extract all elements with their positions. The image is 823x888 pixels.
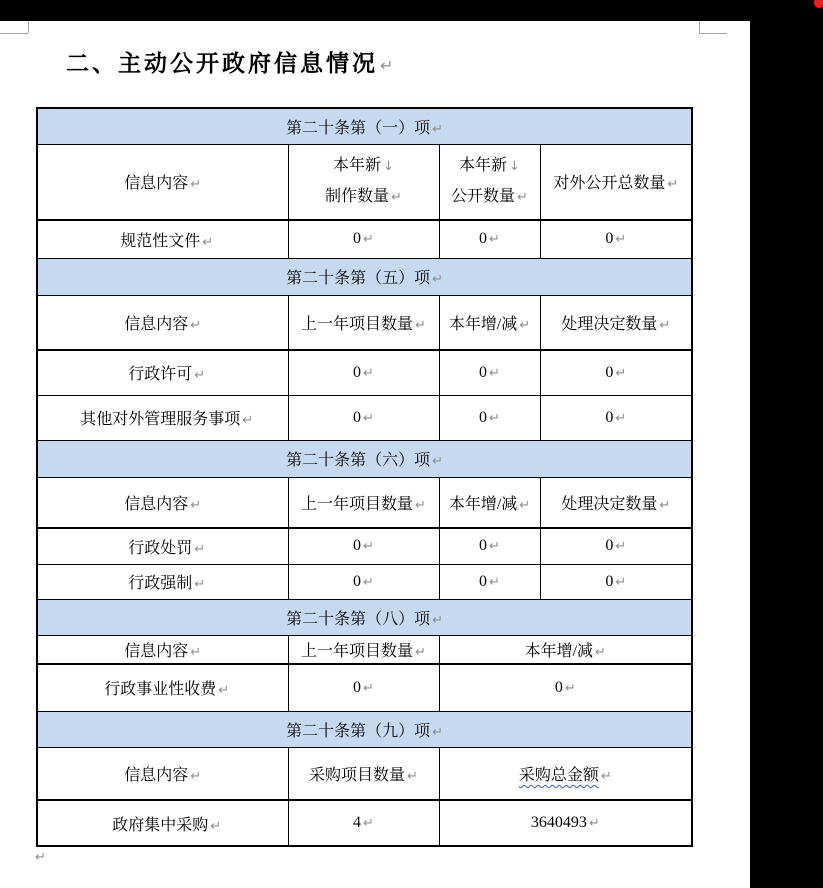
column-header: 本年增/减↵ (439, 295, 540, 350)
section-band: 第二十条第（五）项↵ (37, 258, 692, 295)
paragraph-mark: ↵ (519, 318, 530, 333)
row-label: 规范性文件↵ (37, 220, 288, 258)
section-band-text: 第二十条第（六）项 (286, 452, 430, 469)
header-row: 信息内容↵ 上一年项目数量↵ 本年增/减↵ 处理决定数量↵ (37, 477, 692, 528)
header-row: 信息内容↵ 本年新↓ 制作数量↵ 本年新↓ 公开数量↵ 对外公开总数量↵ (37, 144, 692, 220)
paragraph-mark: ↵ (615, 575, 626, 590)
paragraph-mark: ↵ (194, 368, 205, 383)
paragraph-mark: ↵ (363, 411, 374, 426)
paragraph-mark: ↵ (432, 122, 443, 137)
paragraph-mark: ↵ (589, 816, 600, 831)
margin-crop-mark (0, 33, 28, 34)
paragraph-mark: ↵ (380, 56, 393, 75)
page-title: 二、主动公开政府信息情况↵ (66, 45, 393, 78)
cell-value: 0↵ (439, 350, 540, 395)
page-title-text: 二、主动公开政府信息情况 (66, 51, 378, 77)
section-band-row: 第二十条第（一）项↵ (37, 108, 692, 144)
section-band-row: 第二十条第（五）项↵ (37, 258, 692, 295)
paragraph-mark: ↵ (615, 366, 626, 381)
table-row: 其他对外管理服务事项↵ 0↵ 0↵ 0↵ (37, 395, 692, 440)
table-row: 规范性文件↵ 0↵ 0↵ 0↵ (37, 220, 692, 258)
row-label: 行政许可↵ (37, 350, 288, 395)
paragraph-mark: ↵ (432, 613, 443, 628)
column-header: 信息内容↵ (37, 295, 288, 350)
section-band-text: 第二十条第（八）项 (286, 611, 430, 628)
cell-value: 0↵ (439, 564, 540, 599)
cell-value: 0↵ (540, 395, 692, 440)
section-band-row: 第二十条第（六）项↵ (37, 440, 692, 477)
table-row: 行政强制↵ 0↵ 0↵ 0↵ (37, 564, 692, 599)
paragraph-mark: ↵ (407, 769, 418, 784)
paragraph-mark: ↵ (432, 272, 443, 287)
cell-value: 0↵ (540, 528, 692, 564)
paragraph-mark: ↵ (615, 539, 626, 554)
paragraph-mark: ↵ (210, 819, 221, 834)
section-band: 第二十条第（九）项↵ (37, 711, 692, 747)
paragraph-mark: ↵ (517, 190, 528, 205)
header-row: 信息内容↵ 上一年项目数量↵ 本年增/减↵ (37, 635, 692, 664)
cell-value: 0↵ (439, 664, 692, 711)
paragraph-mark: ↵ (615, 411, 626, 426)
cell-value: 4↵ (288, 800, 439, 846)
paragraph-mark: ↵ (194, 577, 205, 592)
paragraph-mark: ↵ (489, 575, 500, 590)
table-row: 行政许可↵ 0↵ 0↵ 0↵ (37, 350, 692, 395)
paragraph-mark: ↵ (659, 498, 670, 513)
column-header: 本年增/减↵ (439, 477, 540, 528)
column-header: 上一年项目数量↵ (288, 295, 439, 350)
cell-value: 0↵ (540, 220, 692, 258)
recording-dot-icon (814, 0, 823, 8)
paragraph-mark: ↵ (363, 232, 374, 247)
margin-crop-mark (28, 21, 29, 33)
paragraph-mark: ↵ (415, 645, 426, 660)
row-label: 政府集中采购↵ (37, 800, 288, 846)
cell-value: 0↵ (439, 528, 540, 564)
row-label: 行政事业性收费↵ (37, 664, 288, 711)
paragraph-mark: ↵ (363, 575, 374, 590)
paragraph-mark: ↵ (363, 681, 374, 696)
paragraph-mark: ↵ (432, 454, 443, 469)
line-break-mark: ↓ (509, 159, 520, 174)
disclosure-table: 第二十条第（一）项↵ 信息内容↵ 本年新↓ 制作数量↵ 本年新↓ 公开数量↵ 对… (36, 107, 693, 847)
row-label: 行政处罚↵ (37, 528, 288, 564)
cell-value: 0↵ (288, 528, 439, 564)
paragraph-mark: ↵ (659, 318, 670, 333)
document-page[interactable]: 二、主动公开政府信息情况↵ 第二十条第（一）项↵ 信息内容↵ 本年新↓ 制作数量… (0, 21, 750, 888)
cell-value: 0↵ (288, 395, 439, 440)
column-header: 本年新↓ 制作数量↵ (288, 144, 439, 220)
column-header: 采购总金额↵ (439, 747, 692, 800)
table-row: 政府集中采购↵ 4↵ 3640493↵ (37, 800, 692, 846)
section-band-text: 第二十条第（九）项 (286, 723, 430, 740)
column-header: 采购项目数量↵ (288, 747, 439, 800)
column-header: 处理决定数量↵ (540, 295, 692, 350)
column-header: 本年增/减↵ (439, 635, 692, 664)
column-header: 信息内容↵ (37, 477, 288, 528)
header-row: 信息内容↵ 上一年项目数量↵ 本年增/减↵ 处理决定数量↵ (37, 295, 692, 350)
paragraph-mark: ↵ (391, 190, 402, 205)
paragraph-mark: ↵ (489, 366, 500, 381)
paragraph-mark: ↵ (363, 539, 374, 554)
paragraph-mark: ↵ (601, 769, 612, 784)
empty-paragraph: ↵ (33, 848, 46, 866)
column-header: 信息内容↵ (37, 635, 288, 664)
margin-crop-mark (699, 21, 700, 33)
paragraph-mark: ↵ (489, 232, 500, 247)
section-band-row: 第二十条第（九）项↵ (37, 711, 692, 747)
paragraph-mark: ↵ (489, 411, 500, 426)
section-band-row: 第二十条第（八）项↵ (37, 599, 692, 635)
table-row: 行政处罚↵ 0↵ 0↵ 0↵ (37, 528, 692, 564)
table-row: 行政事业性收费↵ 0↵ 0↵ (37, 664, 692, 711)
paragraph-mark: ↵ (202, 235, 213, 250)
paragraph-mark: ↵ (415, 318, 426, 333)
paragraph-mark: ↵ (489, 539, 500, 554)
paragraph-mark: ↵ (519, 498, 530, 513)
column-header: 本年新↓ 公开数量↵ (439, 144, 540, 220)
app-window: { "title": "二、主动公开政府信息情况", "marks": { "p… (0, 0, 823, 888)
section-band: 第二十条第（六）项↵ (37, 440, 692, 477)
paragraph-mark: ↵ (565, 681, 576, 696)
cell-value: 0↵ (288, 220, 439, 258)
section-band: 第二十条第（一）项↵ (37, 108, 692, 144)
paragraph-mark: ↵ (190, 645, 201, 660)
paragraph-mark: ↵ (415, 498, 426, 513)
paragraph-mark: ↵ (363, 816, 374, 831)
paragraph-mark: ↵ (667, 177, 678, 192)
paragraph-mark: ↵ (218, 683, 229, 698)
spellcheck-underlined-text: 采购总金额 (519, 767, 599, 784)
column-header: 信息内容↵ (37, 144, 288, 220)
column-header: 上一年项目数量↵ (288, 477, 439, 528)
line-break-mark: ↓ (383, 159, 394, 174)
cell-value: 0↵ (439, 220, 540, 258)
paragraph-mark: ↵ (190, 769, 201, 784)
section-band-text: 第二十条第（五）项 (286, 270, 430, 287)
paragraph-mark: ↵ (432, 725, 443, 740)
cell-value: 0↵ (288, 664, 439, 711)
cell-value: 0↵ (288, 350, 439, 395)
paragraph-mark: ↵ (35, 850, 46, 865)
section-band-text: 第二十条第（一）项 (286, 120, 430, 137)
paragraph-mark: ↵ (190, 318, 201, 333)
cell-value: 0↵ (439, 395, 540, 440)
paragraph-mark: ↵ (595, 645, 606, 660)
column-header: 上一年项目数量↵ (288, 635, 439, 664)
cell-value: 0↵ (540, 564, 692, 599)
paragraph-mark: ↵ (194, 542, 205, 557)
margin-crop-mark (699, 33, 727, 34)
cell-value: 0↵ (540, 350, 692, 395)
paragraph-mark: ↵ (615, 232, 626, 247)
row-label: 其他对外管理服务事项↵ (37, 395, 288, 440)
paragraph-mark: ↵ (190, 177, 201, 192)
header-row: 信息内容↵ 采购项目数量↵ 采购总金额↵ (37, 747, 692, 800)
paragraph-mark: ↵ (242, 413, 253, 428)
cell-value: 3640493↵ (439, 800, 692, 846)
column-header: 信息内容↵ (37, 747, 288, 800)
paragraph-mark: ↵ (190, 498, 201, 513)
cell-value: 0↵ (288, 564, 439, 599)
column-header: 处理决定数量↵ (540, 477, 692, 528)
paragraph-mark: ↵ (363, 366, 374, 381)
row-label: 行政强制↵ (37, 564, 288, 599)
section-band: 第二十条第（八）项↵ (37, 599, 692, 635)
column-header: 对外公开总数量↵ (540, 144, 692, 220)
